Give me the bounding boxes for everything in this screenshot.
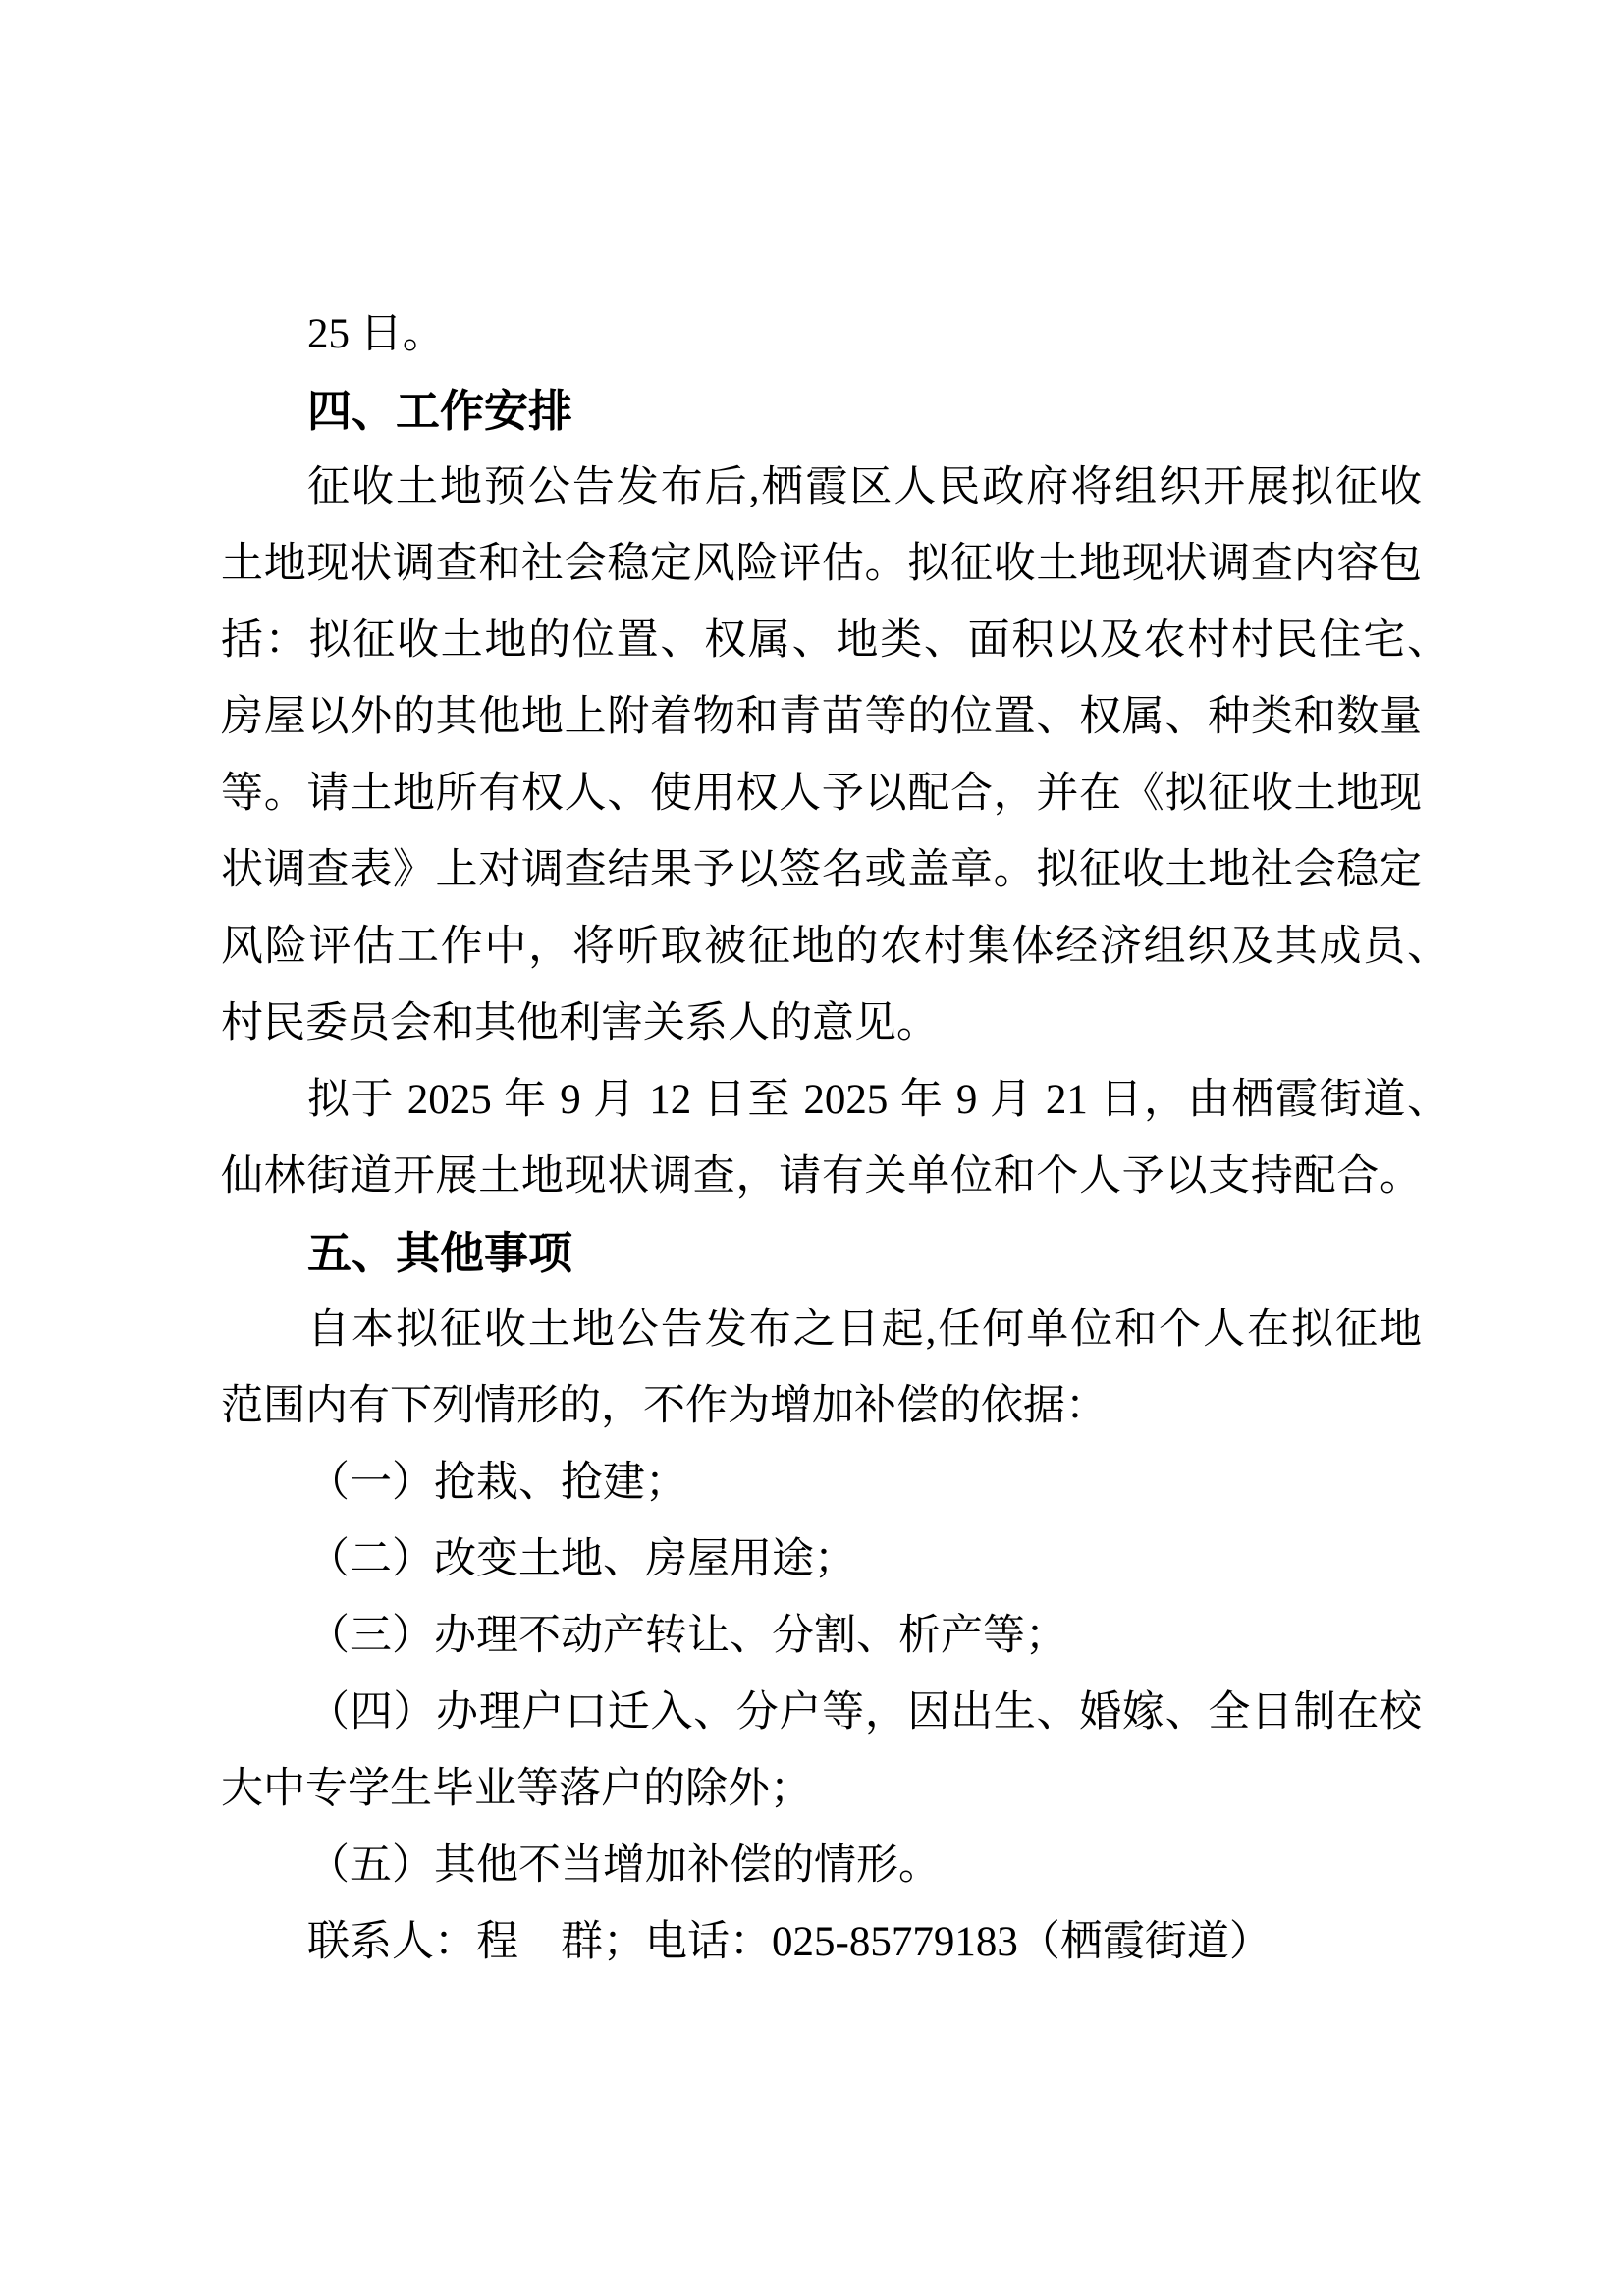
para-other-matters-line: 范围内有下列情形的，不作为增加补偿的依据： [221,1368,1422,1445]
contact-line: 联系人：程 群；电话：025-85779183（栖霞街道） [307,1904,1422,1981]
para-work-arrangement-line: 征收土地预公告发布后,栖霞区人民政府将组织开展拟征收 [307,450,1422,526]
para-survey-schedule-line: 拟于 2025 年 9 月 12 日至 2025 年 9 月 21 日，由栖霞街… [307,1062,1449,1139]
para-work-arrangement-line: 等。请土地所有权人、使用权人予以配合，并在《拟征收土地现 [221,756,1422,832]
para-survey-schedule-line: 仙林街道开展土地现状调查，请有关单位和个人予以支持配合。 [221,1139,1422,1215]
para-work-arrangement-line: 村民委员会和其他利害关系人的意见。 [221,986,1422,1062]
para-other-matters-line: 自本拟征收土地公告发布之日起,任何单位和个人在拟征地 [307,1292,1422,1368]
list-item-5: （五）其他不当增加补偿的情形。 [307,1828,1422,1904]
list-item-1: （一）抢栽、抢建； [307,1445,1422,1522]
para-work-arrangement-line: 房屋以外的其他地上附着物和青苗等的位置、权属、种类和数量 [221,679,1422,756]
para-work-arrangement-line: 土地现状调查和社会稳定风险评估。拟征收土地现状调查内容包 [221,526,1422,603]
continuation-line: 25 日。 [307,296,1422,373]
heading-section-5: 五、其他事项 [307,1215,1422,1292]
document-body: 25 日。 四、工作安排 征收土地预公告发布后,栖霞区人民政府将组织开展拟征收 … [0,296,1624,1981]
para-work-arrangement-line: 风险评估工作中，将听取被征地的农村集体经济组织及其成员、 [221,909,1449,986]
para-work-arrangement-line: 括：拟征收土地的位置、权属、地类、面积以及农村村民住宅、 [221,603,1449,679]
list-item-2: （二）改变土地、房屋用途； [307,1522,1422,1598]
list-item-3: （三）办理不动产转让、分割、析产等； [307,1598,1422,1675]
document-page: 25 日。 四、工作安排 征收土地预公告发布后,栖霞区人民政府将组织开展拟征收 … [0,0,1624,2296]
list-item-4-line: 大中专学生毕业等落户的除外； [221,1751,1422,1828]
para-work-arrangement-line: 状调查表》上对调查结果予以签名或盖章。拟征收土地社会稳定 [221,832,1422,909]
list-item-4-line: （四）办理户口迁入、分户等，因出生、婚嫁、全日制在校 [307,1675,1422,1751]
heading-section-4: 四、工作安排 [307,373,1422,450]
